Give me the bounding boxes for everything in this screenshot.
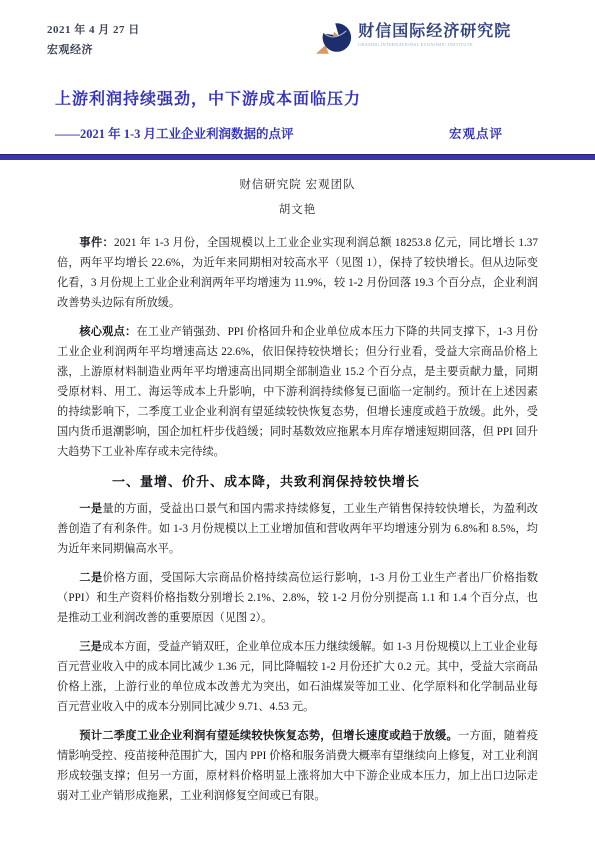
paragraph-core-view: 核心观点：在工业产销强劲、PPI 价格回升和企业单位成本压力下降的共同支撑下，1… <box>57 322 538 462</box>
report-subtitle: ——2021 年 1-3 月工业企业利润数据的点评 <box>55 124 294 142</box>
paragraph-core-view-text: 在工业产销强劲、PPI 价格回升和企业单位成本压力下降的共同支撑下，1-3 月份… <box>57 326 538 458</box>
institute-logo-text: 财信国际经济研究院 CHASING INTERNATIONAL ECONOMIC… <box>358 22 563 51</box>
byline-team: 财信研究院 宏观团队 <box>0 176 595 192</box>
paragraph-outlook: 预计二季度工业企业利润有望延续较快恢复态势，但增长速度或趋于放缓。一方面，随着疫… <box>57 726 538 806</box>
paragraph-point-2-text: 价格方面，受国际大宗商品价格持续高位运行影响，1-3 月份工业生产者出厂价格指数… <box>57 572 538 624</box>
institute-logo: 财信国际经济研究院 CHASING INTERNATIONAL ECONOMIC… <box>315 22 563 60</box>
paragraph-point-2-label: 二是 <box>79 572 102 584</box>
institute-logo-icon <box>315 22 353 60</box>
institute-name-en: CHASING INTERNATIONAL ECONOMIC INSTITUTE <box>358 42 473 47</box>
article-body: 事件：2021 年 1-3 月份，全国规模以上工业企业实现利润总额 18253.… <box>57 233 538 806</box>
paragraph-outlook-label: 预计二季度工业企业利润有望延续较快恢复态势，但增长速度或趋于放缓。 <box>79 730 458 742</box>
paragraph-point-1: 一是量的方面，受益出口景气和国内需求持续修复，工业生产销售保持较快增长，为盈利改… <box>57 499 538 559</box>
paragraph-point-1-text: 量的方面，受益出口景气和国内需求持续修复，工业生产销售保持较快增长，为盈利改善创… <box>57 503 538 555</box>
institute-name-cn: 财信国际经济研究院 <box>358 22 563 42</box>
paragraph-event-label: 事件： <box>79 237 114 249</box>
paragraph-point-1-label: 一是 <box>79 503 102 515</box>
paragraph-event-text: 2021 年 1-3 月份，全国规模以上工业企业实现利润总额 18253.8 亿… <box>57 237 538 309</box>
report-date: 2021 年 4 月 27 日 <box>47 20 140 40</box>
header-divider-bar <box>0 154 595 160</box>
page-header: 2021 年 4 月 27 日 宏观经济 财信国际经济研究院 CHASING I… <box>0 0 595 60</box>
paragraph-point-2: 二是价格方面，受国际大宗商品价格持续高位运行影响，1-3 月份工业生产者出厂价格… <box>57 568 538 628</box>
paragraph-core-view-label: 核心观点： <box>79 326 136 338</box>
byline: 财信研究院 宏观团队 胡文艳 <box>0 176 595 217</box>
byline-author: 胡文艳 <box>0 201 595 217</box>
report-category: 宏观经济 <box>47 40 140 60</box>
paragraph-point-3: 三是成本方面，受益产销双旺，企业单位成本压力继续缓解。如 1-3 月份规模以上工… <box>57 637 538 717</box>
paragraph-point-3-label: 三是 <box>79 641 101 653</box>
report-type-label: 宏观点评 <box>449 124 503 142</box>
paragraph-point-3-text: 成本方面，受益产销双旺，企业单位成本压力继续缓解。如 1-3 月份规模以上工业企… <box>57 641 538 713</box>
header-meta: 2021 年 4 月 27 日 宏观经济 <box>47 20 140 60</box>
report-page: 2021 年 4 月 27 日 宏观经济 财信国际经济研究院 CHASING I… <box>0 0 595 842</box>
report-title: 上游利润持续强劲，中下游成本面临压力 <box>55 86 540 109</box>
paragraph-event: 事件：2021 年 1-3 月份，全国规模以上工业企业实现利润总额 18253.… <box>57 233 538 313</box>
section-heading-1: 一、量增、价升、成本降，共致利润保持较快增长 <box>112 471 538 490</box>
subtitle-row: ——2021 年 1-3 月工业企业利润数据的点评 宏观点评 <box>55 124 503 142</box>
